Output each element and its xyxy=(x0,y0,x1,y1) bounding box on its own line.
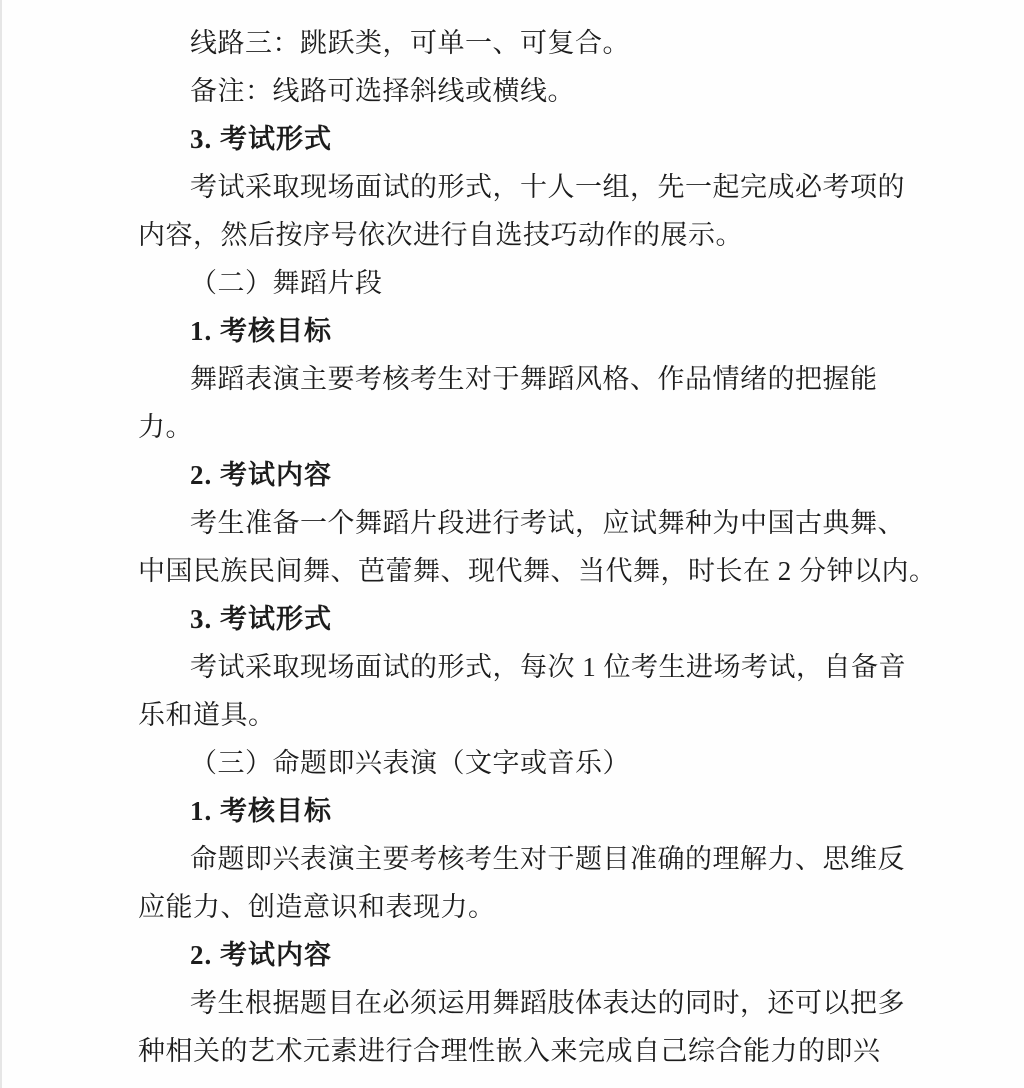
heading-line: 2. 考试内容 xyxy=(138,451,908,499)
heading-line: 1. 考核目标 xyxy=(138,307,908,355)
body-line: 命题即兴表演主要考核考生对于题目准确的理解力、思维反 xyxy=(138,835,908,883)
body-line: 应能力、创造意识和表现力。 xyxy=(138,883,908,931)
section-heading: （三）命题即兴表演（文字或音乐） xyxy=(138,739,908,787)
body-line: 考试采取现场面试的形式，每次 1 位考生进场考试，自备音 xyxy=(138,643,908,691)
body-line: 考生根据题目在必须运用舞蹈肢体表达的同时，还可以把多 xyxy=(138,979,908,1027)
page-scan-edge xyxy=(0,0,2,1088)
document-text-block: 线路三：跳跃类，可单一、可复合。 备注：线路可选择斜线或横线。 3. 考试形式 … xyxy=(138,19,908,1075)
section-heading: （二）舞蹈片段 xyxy=(138,259,908,307)
heading-line: 1. 考核目标 xyxy=(138,787,908,835)
heading-line: 2. 考试内容 xyxy=(138,931,908,979)
note-line: 备注：线路可选择斜线或横线。 xyxy=(138,67,908,115)
body-line: 线路三：跳跃类，可单一、可复合。 xyxy=(138,19,908,67)
body-line: 舞蹈表演主要考核考生对于舞蹈风格、作品情绪的把握能 xyxy=(138,355,908,403)
document-page: 线路三：跳跃类，可单一、可复合。 备注：线路可选择斜线或横线。 3. 考试形式 … xyxy=(0,0,1024,1088)
heading-line: 3. 考试形式 xyxy=(138,115,908,163)
body-line: 乐和道具。 xyxy=(138,691,908,739)
body-line: 内容，然后按序号依次进行自选技巧动作的展示。 xyxy=(138,211,908,259)
body-line: 力。 xyxy=(138,403,908,451)
body-line: 种相关的艺术元素进行合理性嵌入来完成自己综合能力的即兴 xyxy=(138,1027,908,1075)
body-line: 考试采取现场面试的形式，十人一组，先一起完成必考项的 xyxy=(138,163,908,211)
body-line: 中国民族民间舞、芭蕾舞、现代舞、当代舞，时长在 2 分钟以内。 xyxy=(138,547,908,595)
heading-line: 3. 考试形式 xyxy=(138,595,908,643)
body-line: 考生准备一个舞蹈片段进行考试，应试舞种为中国古典舞、 xyxy=(138,499,908,547)
